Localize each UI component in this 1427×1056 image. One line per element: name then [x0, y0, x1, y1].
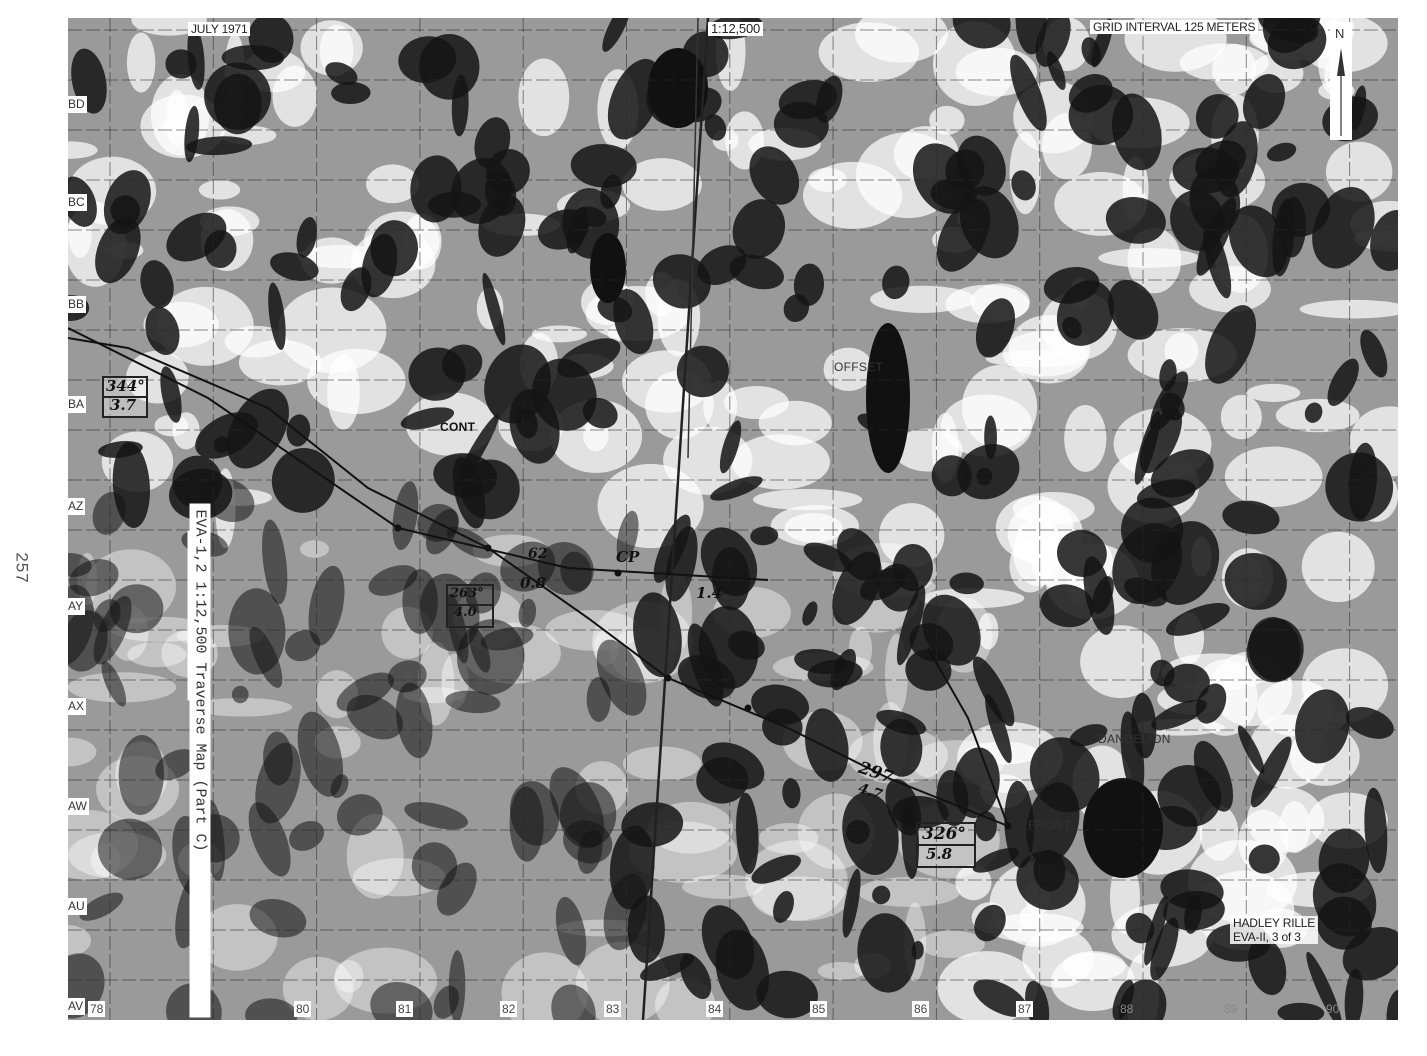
- north-arrow-icon: [1330, 22, 1352, 140]
- grid-and-traverse-overlay: [68, 18, 1398, 1020]
- row-label-av: AV: [68, 998, 85, 1015]
- scribble-62: 62: [528, 546, 547, 562]
- caption-title: EVA-1,2 1:12,500 Traverse Map (Part C): [190, 504, 211, 1018]
- feature-offset[interactable]: OFFSET: [834, 360, 883, 374]
- leg-08-distance: 0.8: [520, 574, 546, 592]
- station-box-2: 263° 4.0: [446, 584, 494, 628]
- feature-cont[interactable]: CONT: [440, 420, 475, 434]
- row-label-aw: AW: [68, 798, 89, 815]
- station-box-3: 326° 5.8: [916, 822, 976, 868]
- row-label-ba: BA: [68, 396, 86, 413]
- station-box-1-bearing: 344°: [106, 377, 145, 395]
- row-label-ay: AY: [68, 598, 85, 615]
- col-label-90: 90: [1324, 1001, 1341, 1017]
- col-label-85: 85: [810, 1001, 827, 1017]
- feature-dandelion[interactable]: DANDELION: [1098, 732, 1171, 746]
- row-label-bc: BC: [68, 194, 87, 211]
- station-box-1: 344° 3.7: [102, 376, 148, 418]
- col-label-84: 84: [706, 1001, 723, 1017]
- col-label-78: 78: [88, 1001, 105, 1017]
- col-label-88: 88: [1118, 1001, 1135, 1017]
- col-label-80: 80: [294, 1001, 311, 1017]
- col-label-89: 89: [1222, 1001, 1239, 1017]
- row-label-au: AU: [68, 898, 87, 915]
- col-label-81: 81: [396, 1001, 413, 1017]
- row-label-az: AZ: [68, 498, 85, 515]
- col-label-83: 83: [604, 1001, 621, 1017]
- page-number: 257: [8, 540, 48, 600]
- title-block: HADLEY RILLE EVA-II, 3 of 3: [1230, 916, 1318, 944]
- figure-caption: Figure 3.6-9c EVA-1,2 1:12,500 Traverse …: [180, 505, 240, 1025]
- col-label-86: 86: [912, 1001, 929, 1017]
- row-label-bd: BD: [68, 96, 87, 113]
- feature-front[interactable]: FRONT: [1028, 818, 1071, 832]
- cp-annotation: CP: [616, 548, 639, 566]
- scale-label: 1:12,500: [708, 22, 763, 36]
- leg-14-distance: 1.4: [696, 584, 722, 602]
- col-label-87: 87: [1016, 1001, 1033, 1017]
- station-box-1-distance: 3.7: [110, 396, 136, 414]
- station-box-2-bearing: 263°: [450, 586, 484, 601]
- col-label-82: 82: [500, 1001, 517, 1017]
- station-box-2-distance: 4.0: [454, 605, 477, 620]
- date-label: JULY 1971: [188, 22, 250, 36]
- traverse-map[interactable]: JULY 1971 1:12,500 GRID INTERVAL 125 MET…: [68, 18, 1398, 1020]
- page-number-text: 257: [12, 552, 32, 583]
- station-box-3-distance: 5.8: [926, 845, 952, 863]
- north-arrow: N: [1330, 22, 1352, 140]
- station-box-3-bearing: 326°: [922, 824, 966, 844]
- title-block-line-2: EVA-II, 3 of 3: [1233, 930, 1315, 944]
- grid-interval-label: GRID INTERVAL 125 METERS: [1090, 20, 1258, 34]
- title-block-line-1: HADLEY RILLE: [1233, 916, 1315, 930]
- row-label-ax: AX: [68, 698, 86, 715]
- row-label-bb: BB: [68, 296, 86, 313]
